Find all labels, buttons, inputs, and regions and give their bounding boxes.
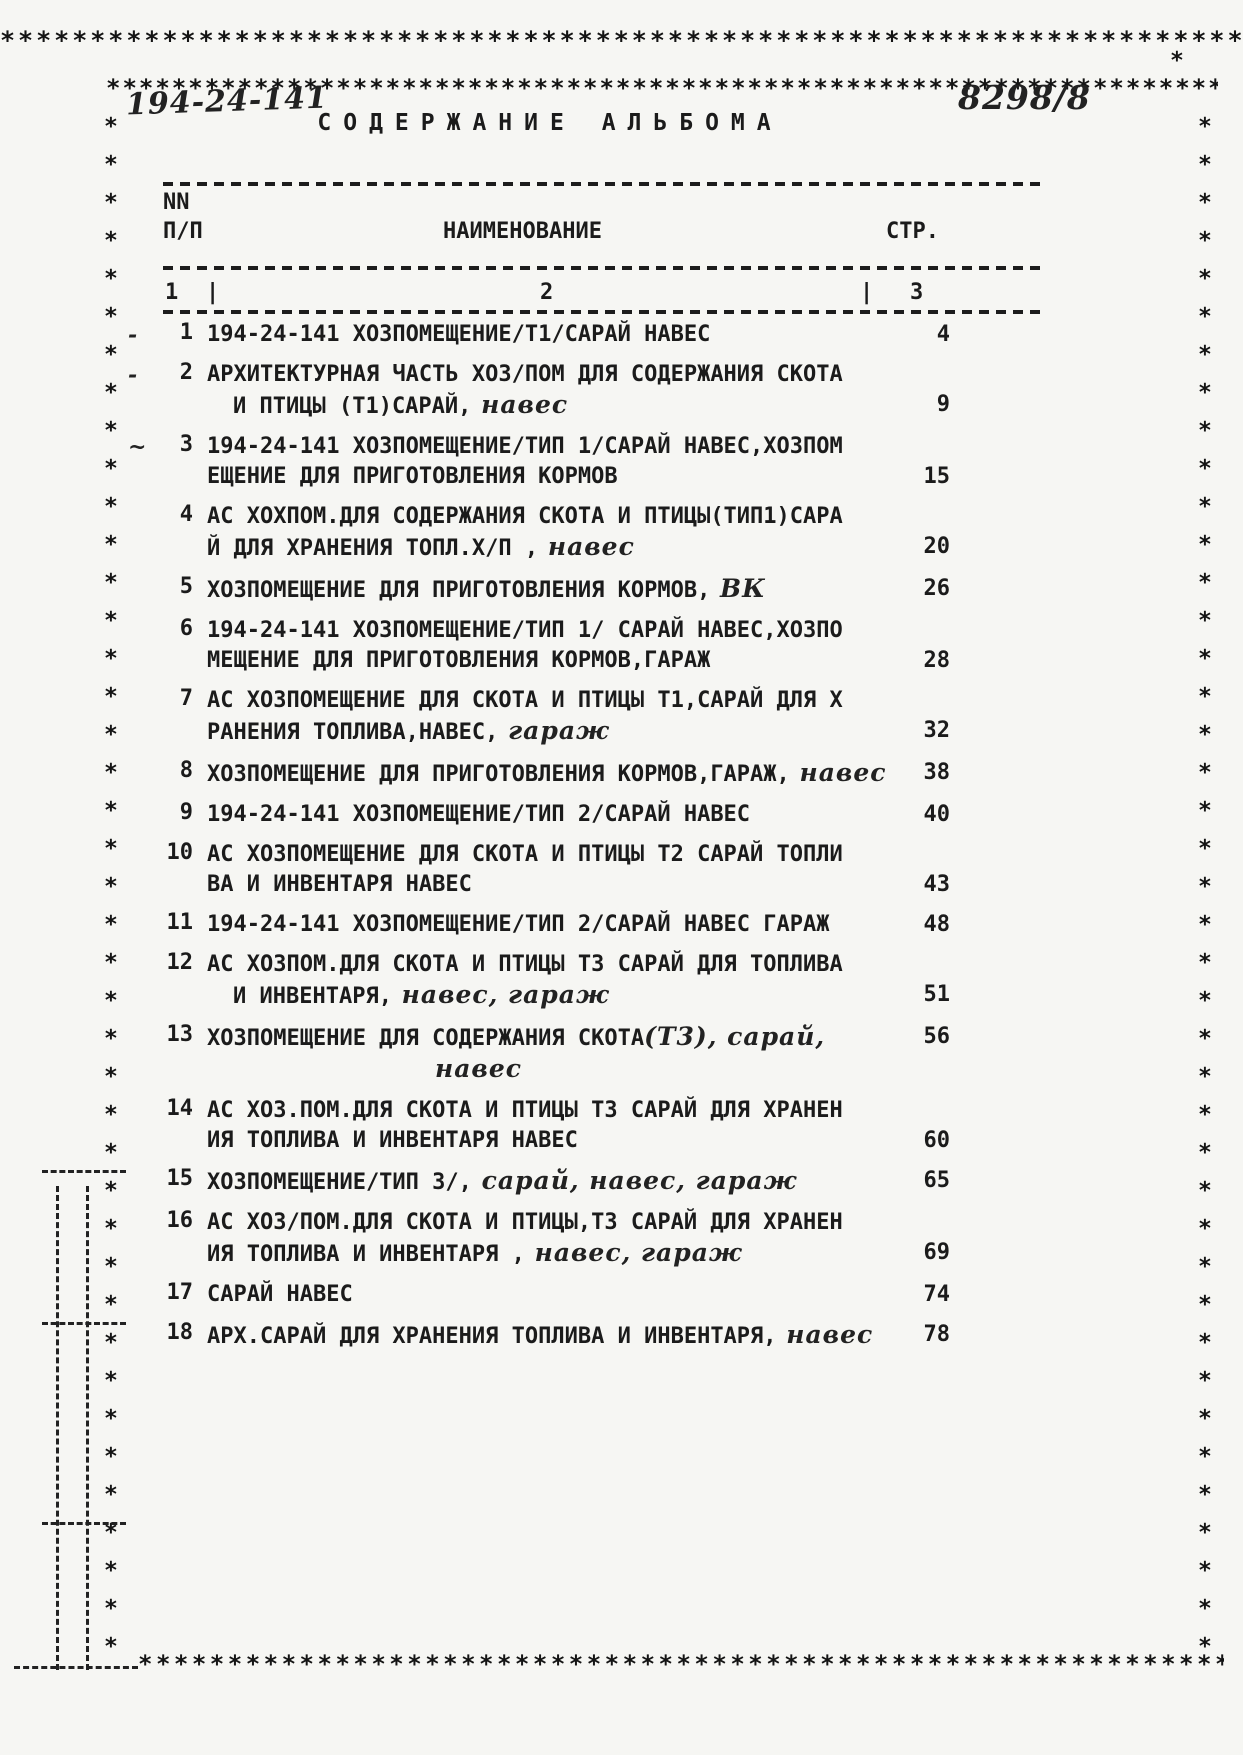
row-line: ХОЗПОМЕЩЕНИЕ ДЛЯ ПРИГОТОВЛЕНИЯ КОРМОВ, В…: [207, 574, 950, 606]
typed-text: И ИНВЕНТАРЯ,: [233, 984, 392, 1009]
row-number: 12: [150, 950, 193, 975]
row-text: ХОЗПОМЕЩЕНИЕ ДЛЯ ПРИГОТОВЛЕНИЯ КОРМОВ,ГА…: [207, 758, 950, 790]
row-number: 14: [150, 1096, 193, 1121]
row-text: ХОЗПОМЕЩЕНИЕ ДЛЯ СОДЕРЖАНИЯ СКОТА(Т3), с…: [207, 1022, 950, 1086]
row-line: САРАЙ НАВЕС74: [207, 1280, 950, 1310]
table-row: 11 194-24-141 ХОЗПОМЕЩЕНИЕ/ТИП 2/САРАЙ Н…: [150, 910, 950, 940]
table-row: 17 САРАЙ НАВЕС74: [150, 1280, 950, 1310]
row-text: ХОЗПОМЕЩЕНИЕ ДЛЯ ПРИГОТОВЛЕНИЯ КОРМОВ, В…: [207, 574, 950, 606]
row-number: 3: [150, 432, 193, 457]
typed-text: ХОЗПОМЕЩЕНИЕ ДЛЯ ПРИГОТОВЛЕНИЯ КОРМОВ,ГА…: [207, 762, 790, 787]
column-divider-bar: |: [860, 280, 873, 305]
typed-text: АС ХОЗПОМЕЩЕНИЕ ДЛЯ СКОТА И ПТИЦЫ Т1,САР…: [207, 688, 843, 713]
handwritten-text: навес, гараж: [525, 1238, 743, 1267]
row-line: АС ХОХПОМ.ДЛЯ СОДЕРЖАНИЯ СКОТА И ПТИЦЫ(Т…: [207, 502, 950, 532]
row-number: 9: [150, 800, 193, 825]
row-text: 194-24-141 ХОЗПОМЕЩЕНИЕ/ТИП 2/САРАЙ НАВЕ…: [207, 910, 950, 940]
page-number: 43: [924, 870, 951, 899]
page-number: 56: [924, 1022, 951, 1051]
page-number: 26: [924, 574, 951, 603]
table-row: 16 АС ХОЗ/ПОМ.ДЛЯ СКОТА И ПТИЦЫ,Т3 САРАЙ…: [150, 1208, 950, 1270]
table-row: 4 АС ХОХПОМ.ДЛЯ СОДЕРЖАНИЯ СКОТА И ПТИЦЫ…: [150, 502, 950, 564]
column-header-nn: NN: [163, 190, 190, 215]
typed-text: Й ДЛЯ ХРАНЕНИЯ ТОПЛ.Х/П ,: [207, 536, 538, 561]
pencil-check-mark: -: [128, 362, 138, 388]
table-row: 10 АС ХОЗПОМЕЩЕНИЕ ДЛЯ СКОТА И ПТИЦЫ Т2 …: [150, 840, 950, 900]
border-right-asterisks: * * * * * * * * * * * * * * * * * * * * …: [1198, 108, 1212, 1668]
typed-text: АС ХОЗПОМ.ДЛЯ СКОТА И ПТИЦЫ Т3 САРАЙ ДЛЯ…: [207, 952, 843, 977]
punch-mark-line: [56, 1186, 59, 1670]
row-text: 194-24-141 ХОЗПОМЕЩЕНИЕ/Т1/САРАЙ НАВЕС4: [207, 320, 950, 350]
contents-table: - 1 194-24-141 ХОЗПОМЕЩЕНИЕ/Т1/САРАЙ НАВ…: [150, 320, 950, 1362]
row-line: МЕЩЕНИЕ ДЛЯ ПРИГОТОВЛЕНИЯ КОРМОВ,ГАРАЖ28: [207, 646, 950, 676]
typed-text: АС ХОЗ.ПОМ.ДЛЯ СКОТА И ПТИЦЫ Т3 САРАЙ ДЛ…: [207, 1098, 843, 1123]
column-number-3: 3: [910, 280, 923, 305]
table-row: 12 АС ХОЗПОМ.ДЛЯ СКОТА И ПТИЦЫ Т3 САРАЙ …: [150, 950, 950, 1012]
row-line: Й ДЛЯ ХРАНЕНИЯ ТОПЛ.Х/П , навес20: [207, 532, 950, 564]
punch-mark-line: [42, 1522, 126, 1525]
row-number: 17: [150, 1280, 193, 1305]
column-header-pp: П/П: [163, 219, 203, 244]
row-line: ИЯ ТОПЛИВА И ИНВЕНТАРЯ НАВЕС60: [207, 1126, 950, 1156]
table-row: 6 194-24-141 ХОЗПОМЕЩЕНИЕ/ТИП 1/ САРАЙ Н…: [150, 616, 950, 676]
column-number-2: 2: [540, 280, 553, 305]
column-number-1: 1: [165, 280, 178, 305]
page-number: 28: [924, 646, 951, 675]
row-line: ХОЗПОМЕЩЕНИЕ ДЛЯ ПРИГОТОВЛЕНИЯ КОРМОВ,ГА…: [207, 758, 950, 790]
pencil-check-mark: -: [128, 322, 138, 348]
punch-mark-line: [86, 1186, 89, 1670]
row-line: 194-24-141 ХОЗПОМЕЩЕНИЕ/Т1/САРАЙ НАВЕС4: [207, 320, 950, 350]
page-number: 48: [924, 910, 951, 939]
row-text: АРХ.САРАЙ ДЛЯ ХРАНЕНИЯ ТОПЛИВА И ИНВЕНТА…: [207, 1320, 950, 1352]
border-bottom-asterisks: ****************************************…: [138, 1650, 1224, 1678]
typed-text: ХОЗПОМЕЩЕНИЕ ДЛЯ ПРИГОТОВЛЕНИЯ КОРМОВ,: [207, 578, 710, 603]
page-number: 60: [924, 1126, 951, 1155]
page-number: 38: [924, 758, 951, 787]
row-text: 194-24-141 ХОЗПОМЕЩЕНИЕ/ТИП 2/САРАЙ НАВЕ…: [207, 800, 950, 830]
row-text: АС ХОЗПОМ.ДЛЯ СКОТА И ПТИЦЫ Т3 САРАЙ ДЛЯ…: [207, 950, 950, 1012]
row-line: АС ХОЗ/ПОМ.ДЛЯ СКОТА И ПТИЦЫ,Т3 САРАЙ ДЛ…: [207, 1208, 950, 1238]
dashed-separator: [163, 310, 1041, 314]
typed-text: АС ХОЗПОМЕЩЕНИЕ ДЛЯ СКОТА И ПТИЦЫ Т2 САР…: [207, 842, 843, 867]
stray-asterisk: *: [1170, 48, 1184, 74]
page-number: 65: [924, 1166, 951, 1195]
handwritten-text: навес: [777, 1320, 874, 1349]
handwritten-text: навес: [538, 532, 635, 561]
column-divider-bar: |: [206, 280, 219, 305]
row-line: И ИНВЕНТАРЯ, навес, гараж51: [207, 980, 950, 1012]
handwritten-text: навес: [435, 1054, 522, 1083]
typed-text: ЕЩЕНИЕ ДЛЯ ПРИГОТОВЛЕНИЯ КОРМОВ: [207, 464, 618, 489]
page-number: 32: [924, 716, 951, 745]
punch-mark-line: [42, 1170, 126, 1173]
column-header-page: СТР.: [886, 219, 939, 244]
typed-text: АРХ.САРАЙ ДЛЯ ХРАНЕНИЯ ТОПЛИВА И ИНВЕНТА…: [207, 1324, 777, 1349]
typed-text: ВА И ИНВЕНТАРЯ НАВЕС: [207, 872, 472, 897]
handwritten-text: (Т3), сарай,: [644, 1022, 825, 1051]
dashed-separator: [163, 266, 1041, 270]
typed-text: РАНЕНИЯ ТОПЛИВА,НАВЕС,: [207, 720, 498, 745]
typed-text: 194-24-141 ХОЗПОМЕЩЕНИЕ/ТИП 1/САРАЙ НАВЕ…: [207, 434, 843, 459]
dashed-separator: [163, 182, 1041, 186]
table-row: 14 АС ХОЗ.ПОМ.ДЛЯ СКОТА И ПТИЦЫ Т3 САРАЙ…: [150, 1096, 950, 1156]
typed-text: АРХИТЕКТУРНАЯ ЧАСТЬ ХОЗ/ПОМ ДЛЯ СОДЕРЖАН…: [207, 362, 843, 387]
page-number: 15: [924, 462, 951, 491]
row-number: 7: [150, 686, 193, 711]
row-number: 18: [150, 1320, 193, 1345]
row-line: 194-24-141 ХОЗПОМЕЩЕНИЕ/ТИП 1/САРАЙ НАВЕ…: [207, 432, 950, 462]
row-line: ИЯ ТОПЛИВА И ИНВЕНТАРЯ , навес, гараж69: [207, 1238, 950, 1270]
row-number: 10: [150, 840, 193, 865]
handwritten-text: сарай, навес, гараж: [472, 1166, 797, 1195]
typed-text: И ПТИЦЫ (Т1)САРАЙ,: [233, 394, 471, 419]
typed-text: САРАЙ НАВЕС: [207, 1282, 353, 1307]
punch-mark-line: [14, 1666, 138, 1669]
typed-text: МЕЩЕНИЕ ДЛЯ ПРИГОТОВЛЕНИЯ КОРМОВ,ГАРАЖ: [207, 648, 710, 673]
row-number: 4: [150, 502, 193, 527]
handwritten-text: навес: [790, 758, 887, 787]
punch-mark-line: [42, 1322, 126, 1325]
row-number: 13: [150, 1022, 193, 1047]
page-number: 74: [924, 1280, 951, 1309]
row-line: 194-24-141 ХОЗПОМЕЩЕНИЕ/ТИП 2/САРАЙ НАВЕ…: [207, 910, 950, 940]
page-number: 40: [924, 800, 951, 829]
typed-text: АС ХОХПОМ.ДЛЯ СОДЕРЖАНИЯ СКОТА И ПТИЦЫ(Т…: [207, 504, 843, 529]
typed-text: 194-24-141 ХОЗПОМЕЩЕНИЕ/ТИП 1/ САРАЙ НАВ…: [207, 618, 843, 643]
page-number: 9: [937, 390, 950, 419]
row-text: 194-24-141 ХОЗПОМЕЩЕНИЕ/ТИП 1/САРАЙ НАВЕ…: [207, 432, 950, 492]
table-row: 18 АРХ.САРАЙ ДЛЯ ХРАНЕНИЯ ТОПЛИВА И ИНВЕ…: [150, 1320, 950, 1352]
handwritten-text: навес: [471, 390, 568, 419]
row-line: АС ХОЗПОМЕЩЕНИЕ ДЛЯ СКОТА И ПТИЦЫ Т2 САР…: [207, 840, 950, 870]
column-header-name: НАИМЕНОВАНИЕ: [443, 219, 602, 244]
typed-text: ХОЗПОМЕЩЕНИЕ ДЛЯ СОДЕРЖАНИЯ СКОТА: [207, 1026, 644, 1051]
row-line: АРХ.САРАЙ ДЛЯ ХРАНЕНИЯ ТОПЛИВА И ИНВЕНТА…: [207, 1320, 950, 1352]
row-number: 15: [150, 1166, 193, 1191]
page-number: 51: [924, 980, 951, 1009]
scanned-document-page: { "page": { "project_code": "194-24-141"…: [0, 0, 1243, 1755]
typed-text: АС ХОЗ/ПОМ.ДЛЯ СКОТА И ПТИЦЫ,Т3 САРАЙ ДЛ…: [207, 1210, 843, 1235]
row-line: АС ХОЗПОМ.ДЛЯ СКОТА И ПТИЦЫ Т3 САРАЙ ДЛЯ…: [207, 950, 950, 980]
row-text: АРХИТЕКТУРНАЯ ЧАСТЬ ХОЗ/ПОМ ДЛЯ СОДЕРЖАН…: [207, 360, 950, 422]
page-title: СОДЕРЖАНИЕ АЛЬБОМА: [150, 110, 950, 136]
row-number: 16: [150, 1208, 193, 1233]
handwritten-text: гараж: [498, 716, 609, 745]
pencil-check-mark: ~: [128, 434, 147, 460]
table-row: 7 АС ХОЗПОМЕЩЕНИЕ ДЛЯ СКОТА И ПТИЦЫ Т1,С…: [150, 686, 950, 748]
table-row: 8 ХОЗПОМЕЩЕНИЕ ДЛЯ ПРИГОТОВЛЕНИЯ КОРМОВ,…: [150, 758, 950, 790]
table-row: 9 194-24-141 ХОЗПОМЕЩЕНИЕ/ТИП 2/САРАЙ НА…: [150, 800, 950, 830]
table-row: ~ 3 194-24-141 ХОЗПОМЕЩЕНИЕ/ТИП 1/САРАЙ …: [150, 432, 950, 492]
typed-text: 194-24-141 ХОЗПОМЕЩЕНИЕ/ТИП 2/САРАЙ НАВЕ…: [207, 912, 830, 937]
row-text: АС ХОХПОМ.ДЛЯ СОДЕРЖАНИЯ СКОТА И ПТИЦЫ(Т…: [207, 502, 950, 564]
row-line: навес: [207, 1054, 950, 1086]
typed-text: ИЯ ТОПЛИВА И ИНВЕНТАРЯ НАВЕС: [207, 1128, 578, 1153]
row-text: АС ХОЗ.ПОМ.ДЛЯ СКОТА И ПТИЦЫ Т3 САРАЙ ДЛ…: [207, 1096, 950, 1156]
row-line: ВА И ИНВЕНТАРЯ НАВЕС43: [207, 870, 950, 900]
row-line: АС ХОЗ.ПОМ.ДЛЯ СКОТА И ПТИЦЫ Т3 САРАЙ ДЛ…: [207, 1096, 950, 1126]
row-number: 2: [150, 360, 193, 385]
table-row: 13 ХОЗПОМЕЩЕНИЕ ДЛЯ СОДЕРЖАНИЯ СКОТА(Т3)…: [150, 1022, 950, 1086]
row-number: 1: [150, 320, 193, 345]
row-text: ХОЗПОМЕЩЕНИЕ/ТИП 3/, сарай, навес, гараж…: [207, 1166, 950, 1198]
row-line: ХОЗПОМЕЩЕНИЕ/ТИП 3/, сарай, навес, гараж…: [207, 1166, 950, 1198]
table-row: - 2 АРХИТЕКТУРНАЯ ЧАСТЬ ХОЗ/ПОМ ДЛЯ СОДЕ…: [150, 360, 950, 422]
row-line: ЕЩЕНИЕ ДЛЯ ПРИГОТОВЛЕНИЯ КОРМОВ15: [207, 462, 950, 492]
table-row: - 1 194-24-141 ХОЗПОМЕЩЕНИЕ/Т1/САРАЙ НАВ…: [150, 320, 950, 350]
row-line: 194-24-141 ХОЗПОМЕЩЕНИЕ/ТИП 1/ САРАЙ НАВ…: [207, 616, 950, 646]
handwritten-text: ВК: [710, 574, 766, 603]
row-number: 8: [150, 758, 193, 783]
row-line: И ПТИЦЫ (Т1)САРАЙ, навес9: [207, 390, 950, 422]
row-text: АС ХОЗПОМЕЩЕНИЕ ДЛЯ СКОТА И ПТИЦЫ Т2 САР…: [207, 840, 950, 900]
typed-text: ХОЗПОМЕЩЕНИЕ/ТИП 3/,: [207, 1170, 472, 1195]
table-row: 15 ХОЗПОМЕЩЕНИЕ/ТИП 3/, сарай, навес, га…: [150, 1166, 950, 1198]
typed-text: 194-24-141 ХОЗПОМЕЩЕНИЕ/Т1/САРАЙ НАВЕС: [207, 322, 710, 347]
row-line: ХОЗПОМЕЩЕНИЕ ДЛЯ СОДЕРЖАНИЯ СКОТА(Т3), с…: [207, 1022, 950, 1054]
page-number: 20: [924, 532, 951, 561]
row-text: 194-24-141 ХОЗПОМЕЩЕНИЕ/ТИП 1/ САРАЙ НАВ…: [207, 616, 950, 676]
typed-text: 194-24-141 ХОЗПОМЕЩЕНИЕ/ТИП 2/САРАЙ НАВЕ…: [207, 802, 750, 827]
row-number: 11: [150, 910, 193, 935]
row-number: 5: [150, 574, 193, 599]
page-number: 78: [924, 1320, 951, 1349]
row-text: САРАЙ НАВЕС74: [207, 1280, 950, 1310]
row-text: АС ХОЗПОМЕЩЕНИЕ ДЛЯ СКОТА И ПТИЦЫ Т1,САР…: [207, 686, 950, 748]
handwritten-stamp-number: 8298/8: [958, 78, 1091, 117]
row-line: АС ХОЗПОМЕЩЕНИЕ ДЛЯ СКОТА И ПТИЦЫ Т1,САР…: [207, 686, 950, 716]
page-number: 69: [924, 1238, 951, 1267]
border-top-asterisks: ****************************************…: [0, 26, 1243, 55]
row-number: 6: [150, 616, 193, 641]
row-line: 194-24-141 ХОЗПОМЕЩЕНИЕ/ТИП 2/САРАЙ НАВЕ…: [207, 800, 950, 830]
row-line: АРХИТЕКТУРНАЯ ЧАСТЬ ХОЗ/ПОМ ДЛЯ СОДЕРЖАН…: [207, 360, 950, 390]
row-text: АС ХОЗ/ПОМ.ДЛЯ СКОТА И ПТИЦЫ,Т3 САРАЙ ДЛ…: [207, 1208, 950, 1270]
handwritten-text: навес, гараж: [392, 980, 610, 1009]
page-number: 4: [937, 320, 950, 349]
typed-text: ИЯ ТОПЛИВА И ИНВЕНТАРЯ ,: [207, 1242, 525, 1267]
table-row: 5 ХОЗПОМЕЩЕНИЕ ДЛЯ ПРИГОТОВЛЕНИЯ КОРМОВ,…: [150, 574, 950, 606]
border-left-asterisks: * * * * * * * * * * * * * * * * * * * * …: [104, 108, 118, 1668]
row-line: РАНЕНИЯ ТОПЛИВА,НАВЕС, гараж32: [207, 716, 950, 748]
